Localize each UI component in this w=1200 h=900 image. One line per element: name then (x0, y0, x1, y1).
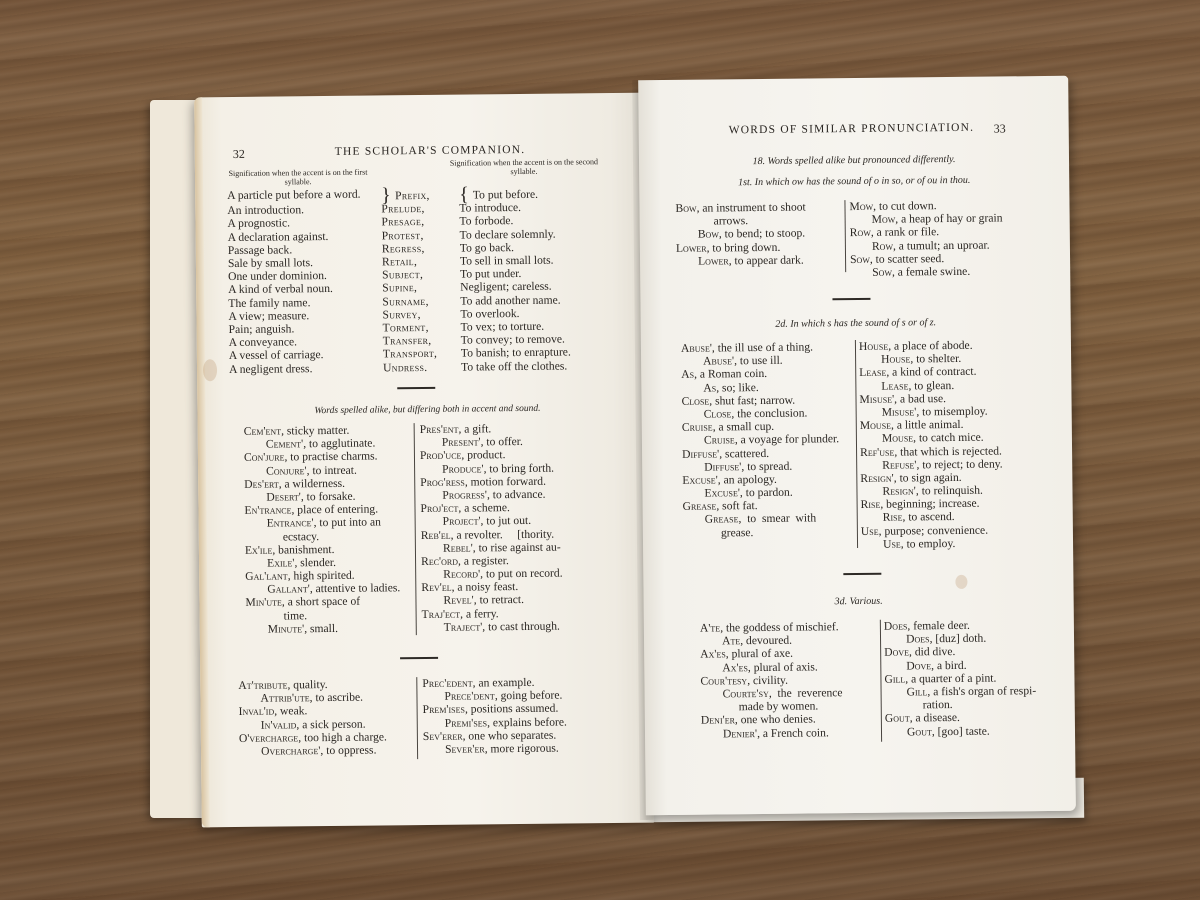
headword: Premi'ses (445, 716, 487, 729)
headword: Gill (907, 685, 928, 698)
definition: , a heap of hay or grain (895, 212, 1002, 226)
definition: , beginning; increase. (880, 497, 979, 511)
word-list-left: Cem'ent, sticky matter.Cement', to agglu… (244, 423, 401, 636)
subsection-title: 1st. In which ow has the sound of o in s… (659, 174, 1049, 189)
list-item: Gallant', attentive to ladies. (245, 582, 400, 597)
cell-second-syllable: To forbode. (459, 214, 513, 228)
headword: Record' (443, 567, 480, 580)
headword: Ax'es (722, 661, 748, 674)
cell-second-syllable: Negligent; careless. (460, 280, 552, 294)
page-number: 33 (994, 121, 1006, 136)
headword: Produce' (442, 462, 484, 475)
list-item: Sever'er, more rigorous. (423, 741, 567, 756)
headword: Sev'erer (423, 729, 463, 742)
definition: , a wilderness. (279, 477, 345, 491)
list-item: Lower, to appear dark. (676, 253, 806, 268)
word-list-left: At'tribute, quality.Attrib'ute, to ascri… (238, 677, 387, 758)
cell-word-text: Prefix, (395, 189, 430, 202)
definition: , banishment. (272, 543, 334, 557)
definition: , civility. (747, 673, 788, 686)
headword: Diffuse' (704, 460, 741, 473)
headword: Ate (722, 634, 740, 647)
cell-word: Torment, (379, 321, 461, 335)
definition: , a sick person. (296, 717, 365, 731)
cell-word: Subject, (378, 268, 460, 282)
list-item: Traject', to cast through. (422, 619, 564, 634)
headword: En'trance (244, 504, 291, 517)
definition: , to agglutinate. (303, 437, 375, 451)
cell-first-syllable: A particle put before a word. (227, 187, 377, 204)
column-divider (414, 423, 417, 635)
column-divider (855, 340, 858, 548)
headword: Sow (850, 253, 870, 266)
definition: , to rise against au- (473, 540, 561, 554)
headword: Minute' (268, 622, 305, 635)
definition: , to ascend. (902, 510, 954, 524)
definition: , so; like. (716, 381, 759, 394)
accent-table: A particle put before a word.}Prefix,{To… (227, 185, 571, 375)
headword: Close (681, 394, 709, 407)
definition: , to pardon. (740, 486, 793, 500)
headword: Mow (849, 200, 873, 213)
word-list-left: A'te, the goddess of mischief.Ate, devou… (700, 620, 843, 740)
definition: , slender. (294, 556, 336, 569)
headword: Progress' (442, 488, 487, 501)
column-divider (844, 200, 846, 272)
definition: , to practise charms. (284, 450, 377, 464)
headword: At'tribute (238, 678, 287, 692)
list-item: Bow, to bend; to stoop. (676, 227, 806, 242)
headword: Prece'dent (444, 689, 494, 703)
definition: , devoured. (740, 634, 792, 648)
headword: Use (883, 537, 901, 550)
definition: , a small cup. (713, 420, 775, 434)
definition: , [duz] doth. (929, 632, 986, 646)
list-item: Sow, a female swine. (850, 264, 1003, 279)
headword: Abuse' (703, 354, 734, 367)
definition: , the ill use of a thing. (712, 340, 813, 354)
headword: Refuse' (882, 458, 916, 471)
cell-second-syllable: To vex; to torture. (461, 320, 545, 334)
definition: , that which is rejected. (894, 444, 1002, 458)
definition: , to appear dark. (729, 253, 804, 267)
headword: Overcharge' (261, 744, 320, 758)
definition: , the goddess of mischief. (720, 620, 839, 634)
list-item: Resign', to relinquish. (860, 484, 1003, 499)
list-item: Entrance', to put into an (245, 516, 400, 531)
definition: , a fish's organ of respi- (927, 684, 1036, 698)
headword: Use (861, 524, 879, 537)
headword: Exile' (267, 556, 295, 569)
running-head: WORDS OF SIMILAR PRONUNCIATION. (729, 122, 975, 137)
list-item: Courte'sy, the reverence (701, 686, 843, 701)
definition: , an apology. (718, 473, 777, 487)
word-list-right: Mow, to cut down.Mow, a heap of hay or g… (849, 198, 1003, 279)
definition: , to oppress. (320, 743, 376, 757)
headword: Proj'ect (420, 502, 458, 515)
definition: , a French coin. (757, 726, 829, 740)
headword: Row (872, 239, 893, 252)
headword: As (681, 368, 694, 381)
definition: , a tumult; an uproar. (893, 238, 990, 252)
headword: Conjure' (266, 464, 307, 477)
headword: Bow (675, 202, 696, 215)
definition: , to shelter. (910, 352, 961, 366)
headword: Desert' (266, 490, 301, 503)
definition: , to forsake. (301, 490, 356, 504)
headword: Lower (676, 241, 707, 254)
headword: Misuse' (859, 392, 894, 405)
list-item: Misuse', to misemploy. (860, 404, 1003, 419)
headword: Gout (907, 725, 932, 738)
headword: Min'ute (245, 596, 282, 609)
headword: Gill (884, 672, 905, 685)
definition: , to scatter seed. (870, 252, 945, 266)
definition: , a disease. (910, 711, 960, 725)
list-item: Mow, a heap of hay or grain (850, 212, 1003, 227)
headword: Con'jure (244, 451, 285, 464)
definition: , to intreat. (307, 463, 357, 477)
definition: , a short space of (282, 595, 360, 609)
headword: Denier' (723, 727, 757, 740)
headword: Prem'ises (423, 703, 465, 716)
definition: , an instrument to shoot (697, 201, 806, 215)
headword: Project' (443, 515, 481, 528)
list-item: Lower, to bring down. (676, 240, 806, 255)
headword: Cruise (704, 434, 735, 447)
definition: , place of entering. (291, 503, 378, 517)
list-item: Gill, a fish's organ of respi- (885, 684, 1037, 699)
left-page: 32 THE SCHOLAR'S COMPANION. Significatio… (194, 93, 654, 828)
headword: Diffuse' (682, 447, 719, 460)
definition: , shut fast; narrow. (709, 393, 795, 407)
headword: Mouse (882, 432, 913, 445)
headword: Des'ert (244, 477, 279, 490)
headword: Traject' (444, 620, 483, 633)
headword: Rec'ord (421, 555, 458, 568)
column-divider (416, 677, 418, 759)
section-rule (397, 387, 435, 389)
cell-word: }Prefix, (377, 187, 459, 203)
definition: , the reverence (769, 686, 843, 700)
definition: , weak. (274, 705, 307, 718)
headword: Bow (698, 228, 719, 241)
definition: , to cast through. (482, 619, 560, 633)
headword: Present' (442, 436, 481, 449)
column-header-second-syllable: Signification when the accent is on the … (449, 157, 599, 177)
cell-second-syllable: To banish; to enrapture. (461, 346, 571, 360)
subsection-title: 2d. In which s has the sound of s or of … (661, 316, 1051, 331)
definition: , more rigorous. (485, 742, 559, 756)
definition: , to bring forth. (483, 461, 554, 475)
definition: , too high a charge. (298, 730, 387, 744)
definition: , to retract. (474, 593, 524, 607)
headword: Mow (872, 213, 896, 226)
brace-icon: { (459, 184, 469, 206)
definition: , explains before. (487, 715, 567, 729)
definition: , small. (304, 622, 338, 635)
list-item: Overcharge', to oppress. (239, 743, 387, 758)
definition: , [goo] taste. (932, 724, 990, 738)
headword: A'te (700, 621, 720, 634)
headword: Cem'ent (244, 424, 282, 437)
brace-icon: } (381, 184, 391, 206)
definition: time. (284, 609, 308, 622)
cell-second-syllable: To sell in small lots. (460, 254, 554, 268)
definition: , going before. (495, 689, 563, 703)
headword: Dove (906, 659, 931, 672)
headword: Resign' (860, 471, 894, 484)
definition: , plural of axis. (748, 660, 818, 674)
definition: , a noisy feast. (452, 580, 519, 594)
definition: , quality. (287, 678, 327, 691)
running-head: THE SCHOLAR'S COMPANION. (335, 144, 526, 158)
definition: , a quarter of a pint. (905, 671, 996, 685)
cell-second-syllable: To overlook. (460, 307, 519, 321)
definition: , scattered. (719, 446, 769, 460)
list-item: Cruise, a voyage for plunder. (682, 432, 839, 447)
definition: , high spirited. (288, 569, 355, 583)
definition: , to employ. (901, 537, 956, 551)
headword: Sow (872, 266, 892, 279)
subsection-title: 3d. Various. (664, 594, 1054, 609)
headword: Reb'el (421, 528, 451, 541)
paper-stain (203, 359, 217, 381)
headword: Courte'sy (723, 687, 769, 700)
column-divider (880, 620, 882, 742)
headword: Close (704, 407, 732, 420)
cell-second-syllable: To take off the clothes. (461, 359, 567, 373)
list-item: grease. (683, 525, 840, 540)
headword: O'vercharge (239, 731, 298, 745)
headword: Excuse' (704, 486, 740, 499)
list-item: A'te, the goddess of mischief. (700, 620, 842, 635)
definition: , to spread. (741, 459, 792, 473)
list-item: Row, a tumult; an uproar. (850, 238, 1003, 253)
list-item: Rebel', to rise against au- (421, 540, 563, 555)
definition: , to sign again. (894, 471, 962, 485)
cell-word: Retail, (378, 255, 460, 269)
list-item: Bow, an instrument to shoot (675, 201, 805, 216)
section-rule (832, 298, 870, 300)
headword: Cement' (266, 437, 304, 450)
definition: , an example. (473, 676, 535, 690)
definition: , a kind of contract. (886, 365, 976, 379)
headword: Pres'ent (420, 423, 459, 436)
headword: Resign' (882, 484, 916, 497)
headword: Revel' (443, 594, 473, 607)
definition: , a female swine. (892, 265, 970, 279)
definition: , to glean. (908, 379, 954, 392)
headword: Mouse (860, 419, 891, 432)
definition: , to offer. (481, 435, 523, 448)
headword: House (881, 353, 910, 366)
headword: Lease (881, 379, 908, 392)
definition: made by women. (739, 700, 819, 714)
definition: , to bring down. (706, 240, 780, 254)
cell-second-syllable: To convey; to remove. (461, 333, 565, 347)
column-header-first-syllable: Signification when the accent is on the … (223, 168, 373, 188)
cell-second-syllable: To put under. (460, 267, 521, 281)
word-list-left: Abuse', the ill use of a thing.Abuse', t… (681, 340, 840, 539)
headword: Dove (884, 646, 909, 659)
list-item: Minute', small. (246, 621, 401, 636)
list-item: Record', to put on record. (421, 567, 563, 582)
cell-word: Protest, (378, 228, 460, 242)
right-page: WORDS OF SIMILAR PRONUNCIATION. 33 18. W… (638, 76, 1076, 815)
headword: Excuse' (682, 473, 718, 486)
definition: , to put into an (314, 516, 381, 530)
definition: , to cut down. (873, 199, 937, 213)
headword: Does (906, 632, 930, 645)
headword: Prog'ress (420, 475, 465, 488)
section-rule (843, 573, 881, 575)
headword: Grease (705, 513, 739, 526)
definition: , to smear with (738, 512, 816, 526)
definition: , to jut out. (480, 514, 531, 528)
section-title: Words spelled alike, but differing both … (237, 403, 617, 417)
definition: grease. (721, 526, 754, 539)
definition: , a revolter. [thority. (451, 527, 555, 541)
headword: Traj'ect (422, 607, 461, 620)
definition: , did dive. (909, 645, 956, 658)
cell-second-text: To put before. (473, 188, 538, 202)
headword: Prec'edent (422, 677, 472, 691)
definition: , to advance. (487, 488, 546, 502)
paper-stain (955, 575, 967, 589)
definition: , attentive to ladies. (310, 582, 401, 596)
cell-second-syllable: To declare solemnly. (460, 227, 556, 241)
definition: , to use ill. (734, 354, 783, 368)
headword: Rebel' (443, 541, 473, 554)
headword: Grease (683, 500, 717, 513)
cell-word: Surname, (378, 294, 460, 308)
definition: , a ferry. (460, 607, 499, 620)
word-list-right: Does, female deer.Does, [duz] doth.Dove,… (884, 618, 1037, 738)
cell-second-syllable: {To put before. (459, 186, 538, 202)
headword: House (859, 340, 888, 353)
definition: , a bad use. (894, 392, 946, 406)
definition: arrows. (714, 214, 749, 227)
cell-second-syllable: To add another name. (460, 293, 560, 307)
headword: As (703, 381, 716, 394)
definition: , soft fat. (716, 499, 757, 512)
headword: Lower (698, 254, 729, 267)
cell-word: Survey, (378, 307, 460, 321)
headword: Rise (883, 511, 903, 524)
cell-first-syllable: A negligent dress. (229, 361, 379, 376)
definition: , one who denies. (735, 713, 816, 727)
definition: , product. (461, 449, 505, 462)
cell-word: Supine, (378, 281, 460, 295)
word-list-right: Prec'edent, an example.Prece'dent, going… (422, 676, 567, 757)
definition: , purpose; convenience. (879, 523, 989, 537)
definition: , to catch mice. (913, 431, 984, 445)
headword: Ax'es (700, 648, 726, 661)
headword: Attrib'ute (260, 691, 309, 705)
headword: Entrance' (267, 516, 314, 529)
list-item: Progress', to advance. (420, 487, 562, 502)
definition: , a little animal. (891, 418, 964, 432)
definition: , a voyage for plunder. (735, 432, 839, 446)
list-item: arrows. (676, 214, 806, 229)
headword: Sever'er (445, 742, 485, 755)
definition: , to ascribe. (310, 691, 364, 705)
section-heading: 18. Words spelled alike but pronounced d… (659, 153, 1049, 168)
headword: Gal'lant (245, 569, 288, 582)
definition: , a rank or file. (871, 226, 939, 240)
definition: , plural of axe. (726, 647, 793, 661)
word-list-right: House, a place of abode.House, to shelte… (859, 338, 1004, 550)
word-list-left: Bow, an instrument to shootarrows.Bow, t… (675, 201, 806, 268)
cell-word: Transport, (379, 347, 461, 361)
definition: , to relinquish. (916, 484, 983, 498)
headword: Does (884, 619, 908, 632)
headword: Inval'id (239, 705, 275, 718)
open-book: 32 THE SCHOLAR'S COMPANION. Significatio… (0, 0, 1200, 900)
headword: Row (850, 226, 871, 239)
definition: , to reject; to deny. (916, 457, 1002, 471)
headword: Cour'tesy (700, 674, 747, 687)
list-item: Gout, [goo] taste. (885, 724, 1037, 739)
headword: Ref'use (860, 445, 894, 458)
headword: Deni'er (701, 714, 735, 727)
headword: In'valid (261, 718, 297, 731)
headword: Rev'el (421, 581, 451, 594)
definition: , a scheme. (458, 501, 510, 515)
headword: Cruise (682, 421, 713, 434)
section-rule (400, 657, 438, 659)
cell-word: Undress. (379, 360, 461, 374)
list-item: Refuse', to reject; to deny. (860, 457, 1003, 472)
cell-word: Regress, (378, 241, 460, 255)
definition: , motion forward. (465, 474, 546, 488)
headword: Ex'ile (245, 543, 273, 556)
headword: Lease (859, 366, 886, 379)
list-item: Con'jure, to practise charms. (244, 450, 399, 465)
definition: ration. (923, 698, 953, 711)
table-row: A negligent dress.Undress.To take off th… (229, 359, 571, 376)
list-item: Use, purpose; convenience. (861, 523, 1004, 538)
headword: Prod'uce (420, 449, 462, 462)
headword: Gallant' (267, 582, 310, 595)
definition: , female deer. (907, 619, 970, 633)
definition: ecstacy. (283, 530, 319, 543)
list-item: Denier', a French coin. (701, 726, 843, 741)
word-list-right: Pres'ent, a gift.Present', to offer.Prod… (420, 422, 564, 634)
definition: , to bend; to stoop. (719, 227, 805, 241)
headword: Gout (885, 712, 910, 725)
definition: , a bird. (931, 658, 967, 671)
definition: , positions assumed. (465, 702, 559, 716)
definition: , one who separates. (462, 728, 556, 742)
headword: Rise (861, 498, 881, 511)
definition: , a place of abode. (888, 339, 972, 353)
list-item: Use, to employ. (861, 536, 1004, 551)
definition: , a Roman coin. (694, 367, 767, 381)
cell-second-syllable: To go back. (460, 241, 514, 255)
definition: , to put on record. (480, 567, 563, 581)
cell-word: Presage, (377, 215, 459, 229)
page-number: 32 (233, 147, 245, 162)
definition: , the conclusion. (731, 406, 807, 420)
headword: Abuse' (681, 342, 712, 355)
definition: , a gift. (458, 422, 491, 435)
cell-word: Transfer, (379, 334, 461, 348)
headword: Misuse' (882, 405, 917, 418)
definition: , sticky matter. (281, 424, 349, 438)
definition: , a register. (458, 554, 509, 568)
